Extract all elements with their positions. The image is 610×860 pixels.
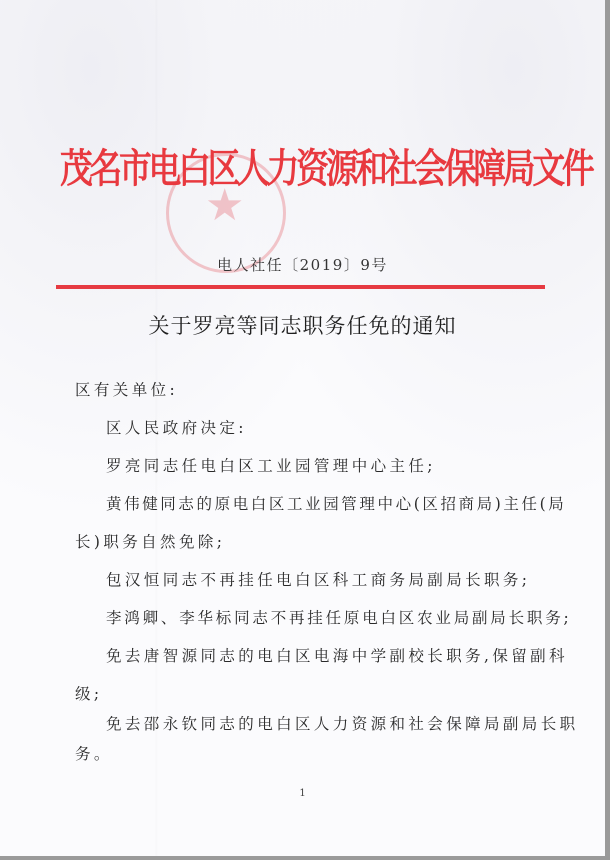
notice-title: 关于罗亮等同志职务任免的通知 bbox=[0, 310, 605, 340]
body-line: 长)职务自然免除; bbox=[75, 530, 545, 552]
document-number: 电人社任〔2019〕9号 bbox=[0, 254, 605, 275]
body-line: 黄伟健同志的原电白区工业园管理中心(区招商局)主任(局 bbox=[106, 492, 576, 514]
issuing-authority-title: 茂名市电白区人力资源和社会保障局文件 bbox=[60, 136, 470, 202]
body-line: 李鸿卿、李华标同志不再挂任原电白区农业局副局长职务; bbox=[106, 606, 576, 628]
salutation: 区有关单位: bbox=[75, 378, 545, 400]
body-line: 级; bbox=[75, 682, 545, 704]
body-line: 包汉恒同志不再挂任电白区科工商务局副局长职务; bbox=[106, 568, 576, 590]
page-number: 1 bbox=[0, 788, 605, 799]
body-line: 区人民政府决定: bbox=[106, 416, 576, 438]
body-line: 免去邵永钦同志的电白区人力资源和社会保障局副局长职 bbox=[106, 712, 576, 734]
body-line: 免去唐智源同志的电白区电海中学副校长职务,保留副科 bbox=[106, 644, 576, 666]
document-page: ★ 茂名市电白区人力资源和社会保障局文件 电人社任〔2019〕9号 关于罗亮等同… bbox=[0, 0, 605, 856]
body-line: 罗亮同志任电白区工业园管理中心主任; bbox=[106, 454, 576, 476]
red-divider-rule bbox=[56, 285, 545, 289]
body-line: 务。 bbox=[75, 742, 545, 764]
